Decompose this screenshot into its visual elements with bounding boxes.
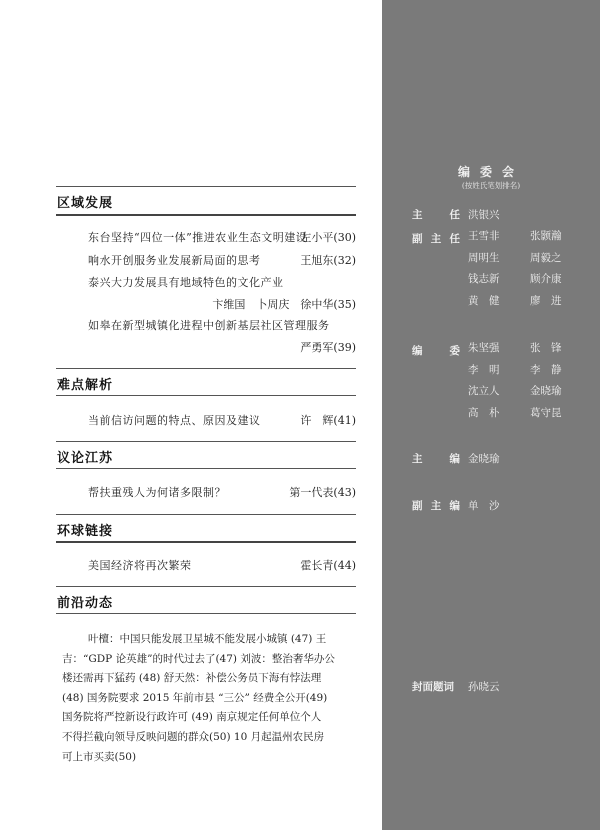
entry-title: 东台坚持“四位一体”推进农业生态文明建设 bbox=[88, 230, 307, 246]
section-title-global-link: 环球链接 bbox=[57, 520, 113, 539]
section-divider bbox=[56, 186, 356, 187]
toc-entry[interactable]: 帮扶重残人为何诸多限制？ 第一代表(43) bbox=[88, 485, 356, 501]
toc-entry[interactable]: 美国经济将再次繁荣 霍长青(44) bbox=[88, 558, 356, 574]
role-deputy-chief-editor: 副主编 bbox=[412, 498, 460, 513]
section-divider bbox=[56, 514, 356, 515]
entry-author-page: 第一代表(43) bbox=[289, 485, 356, 501]
section-title-regional-development: 区域发展 bbox=[57, 192, 113, 211]
entry-author-page: 严勇军(39) bbox=[300, 339, 356, 355]
frontier-news-paragraph: 叶檀：中国只能发展卫星城不能发展小城镇 (47) 王 吉：“GDP 论英雄”的时… bbox=[62, 630, 356, 767]
section-divider bbox=[56, 586, 356, 587]
news-line: 可上市买卖(50) bbox=[62, 748, 356, 768]
editorial-board-panel: 编委会 (按姓氏笔划排名) 主任 洪银兴 副主任 王雪非张颢瀚 周明生周毅之 钱… bbox=[382, 0, 600, 830]
toc-entry[interactable]: 如皋在新型城镇化进程中创新基层社区管理服务 bbox=[88, 318, 356, 334]
entry-title: 如皋在新型城镇化进程中创新基层社区管理服务 bbox=[88, 318, 330, 334]
section-divider bbox=[56, 368, 356, 369]
board-title: 编委会 bbox=[382, 163, 600, 180]
entry-author-page: 霍长青(44) bbox=[300, 558, 356, 574]
section-divider bbox=[56, 613, 356, 614]
section-title-jiangsu-discussion: 议论江苏 bbox=[57, 447, 113, 466]
deputy-chief-editor-name: 单 沙 bbox=[468, 498, 500, 513]
entry-author-page: 王旭东(32) bbox=[300, 253, 356, 269]
entry-title: 美国经济将再次繁荣 bbox=[88, 558, 192, 574]
news-line: 楼还需再下猛药 (48) 舒天然：补偿公务员下海有悖法理 bbox=[62, 669, 356, 689]
board-subtitle: (按姓氏笔划排名) bbox=[382, 180, 600, 191]
toc-entry[interactable]: 东台坚持“四位一体”推进农业生态文明建设 左小平(30) bbox=[88, 230, 356, 246]
section-divider bbox=[56, 441, 356, 442]
role-director: 主任 bbox=[412, 207, 460, 222]
news-line: 不得拦截向领导反映问题的群众(50) 10 月起温州农民房 bbox=[62, 728, 356, 748]
toc-entry[interactable]: 响水开创服务业发展新局面的思考 王旭东(32) bbox=[88, 253, 356, 269]
section-divider bbox=[56, 214, 356, 216]
entry-title: 帮扶重残人为何诸多限制？ bbox=[88, 485, 226, 501]
role-chief-editor: 主编 bbox=[412, 451, 460, 466]
entry-title: 泰兴大力发展具有地域特色的文化产业 bbox=[88, 275, 284, 291]
section-divider bbox=[56, 541, 356, 543]
entry-author-page: 卞维国 卜周庆 徐中华(35) bbox=[212, 296, 356, 312]
news-line: (48) 国务院要求 2015 年前市县 “三公” 经费全公开(49) bbox=[62, 689, 356, 709]
role-board-member: 编委 bbox=[412, 343, 460, 358]
toc-entry[interactable]: 泰兴大力发展具有地域特色的文化产业 bbox=[88, 275, 356, 291]
entry-title: 当前信访问题的特点、原因及建议 bbox=[88, 413, 261, 429]
entry-author-page: 左小平(30) bbox=[300, 230, 356, 246]
role-cover-calligraphy: 封面题词 bbox=[412, 679, 454, 694]
section-title-difficulty-analysis: 难点解析 bbox=[57, 374, 113, 393]
director-name: 洪银兴 bbox=[468, 207, 500, 222]
news-line: 国务院将严控新设行政许可 (49) 南京规定任何单位个人 bbox=[62, 708, 356, 728]
entry-title: 响水开创服务业发展新局面的思考 bbox=[88, 253, 261, 269]
section-divider bbox=[56, 468, 356, 469]
cover-calligraphy-name: 孙晓云 bbox=[468, 679, 500, 694]
deputy-director-names: 王雪非张颢瀚 周明生周毅之 钱志新顾介康 黄 健廖 进 bbox=[468, 226, 576, 312]
table-of-contents: 区域发展 东台坚持“四位一体”推进农业生态文明建设 左小平(30) 响水开创服务… bbox=[0, 0, 382, 830]
chief-editor-name: 金晓瑜 bbox=[468, 451, 500, 466]
section-title-frontier-news: 前沿动态 bbox=[57, 592, 113, 611]
board-member-names: 朱坚强张 锋 李 明李 静 沈立人金晓瑜 高 朴葛守昆 bbox=[468, 338, 576, 424]
entry-author-page: 许 辉(41) bbox=[300, 413, 356, 429]
news-line: 吉：“GDP 论英雄”的时代过去了(47) 刘波：整治奢华办公 bbox=[62, 650, 356, 670]
news-line: 叶檀：中国只能发展卫星城不能发展小城镇 (47) 王 bbox=[62, 630, 356, 650]
section-divider bbox=[56, 395, 356, 396]
toc-entry[interactable]: 当前信访问题的特点、原因及建议 许 辉(41) bbox=[88, 413, 356, 429]
role-deputy-director: 副主任 bbox=[412, 231, 460, 246]
